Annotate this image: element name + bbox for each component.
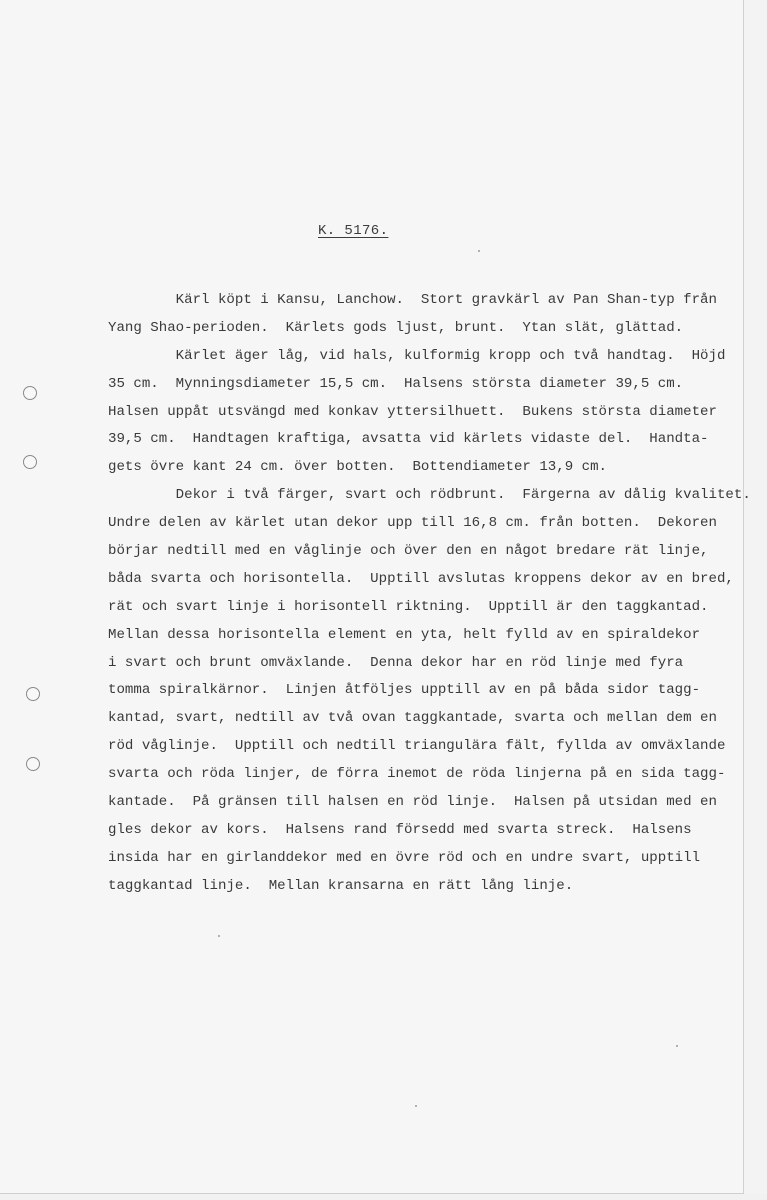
text-line: röd våglinje. Upptill och nedtill triang… <box>108 733 767 761</box>
punch-hole-4 <box>26 757 40 771</box>
text-line: börjar nedtill med en våglinje och över … <box>108 538 767 566</box>
text-line: kantade. På gränsen till halsen en röd l… <box>108 789 767 817</box>
text-line: tomma spiralkärnor. Linjen åtföljes uppt… <box>108 677 767 705</box>
paper-speck <box>415 1105 417 1107</box>
text-line: taggkantad linje. Mellan kransarna en rä… <box>108 873 767 901</box>
text-line: gles dekor av kors. Halsens rand försedd… <box>108 817 767 845</box>
text-line: i svart och brunt omväxlande. Denna deko… <box>108 650 767 678</box>
text-line: Mellan dessa horisontella element en yta… <box>108 622 767 650</box>
paper-speck <box>218 935 220 937</box>
bottom-strip <box>0 1194 767 1200</box>
text-line: kantad, svart, nedtill av två ovan taggk… <box>108 705 767 733</box>
text-line: 35 cm. Mynningsdiameter 15,5 cm. Halsens… <box>108 371 767 399</box>
text-line: insida har en girlanddekor med en övre r… <box>108 845 767 873</box>
text-line: rät och svart linje i horisontell riktni… <box>108 594 767 622</box>
text-line: Undre delen av kärlet utan dekor upp til… <box>108 510 767 538</box>
punch-hole-3 <box>26 687 40 701</box>
text-line: Kärlet äger låg, vid hals, kulformig kro… <box>108 343 767 371</box>
paper-speck <box>478 250 480 252</box>
punch-hole-2 <box>23 455 37 469</box>
text-line: svarta och röda linjer, de förra inemot … <box>108 761 767 789</box>
scanned-page: K. 5176. Kärl köpt i Kansu, Lanchow. Sto… <box>0 0 744 1194</box>
paper-speck <box>676 1045 678 1047</box>
document-title: K. 5176. <box>318 223 388 239</box>
text-line: Kärl köpt i Kansu, Lanchow. Stort gravkä… <box>108 287 767 315</box>
punch-hole-1 <box>23 386 37 400</box>
document-body: Kärl köpt i Kansu, Lanchow. Stort gravkä… <box>108 287 767 901</box>
text-line: båda svarta och horisontella. Upptill av… <box>108 566 767 594</box>
text-line: Halsen uppåt utsvängd med konkav yttersi… <box>108 399 767 427</box>
text-line: 39,5 cm. Handtagen kraftiga, avsatta vid… <box>108 426 767 454</box>
text-line: Dekor i två färger, svart och rödbrunt. … <box>108 482 767 510</box>
text-line: Yang Shao-perioden. Kärlets gods ljust, … <box>108 315 767 343</box>
text-line: gets övre kant 24 cm. över botten. Botte… <box>108 454 767 482</box>
